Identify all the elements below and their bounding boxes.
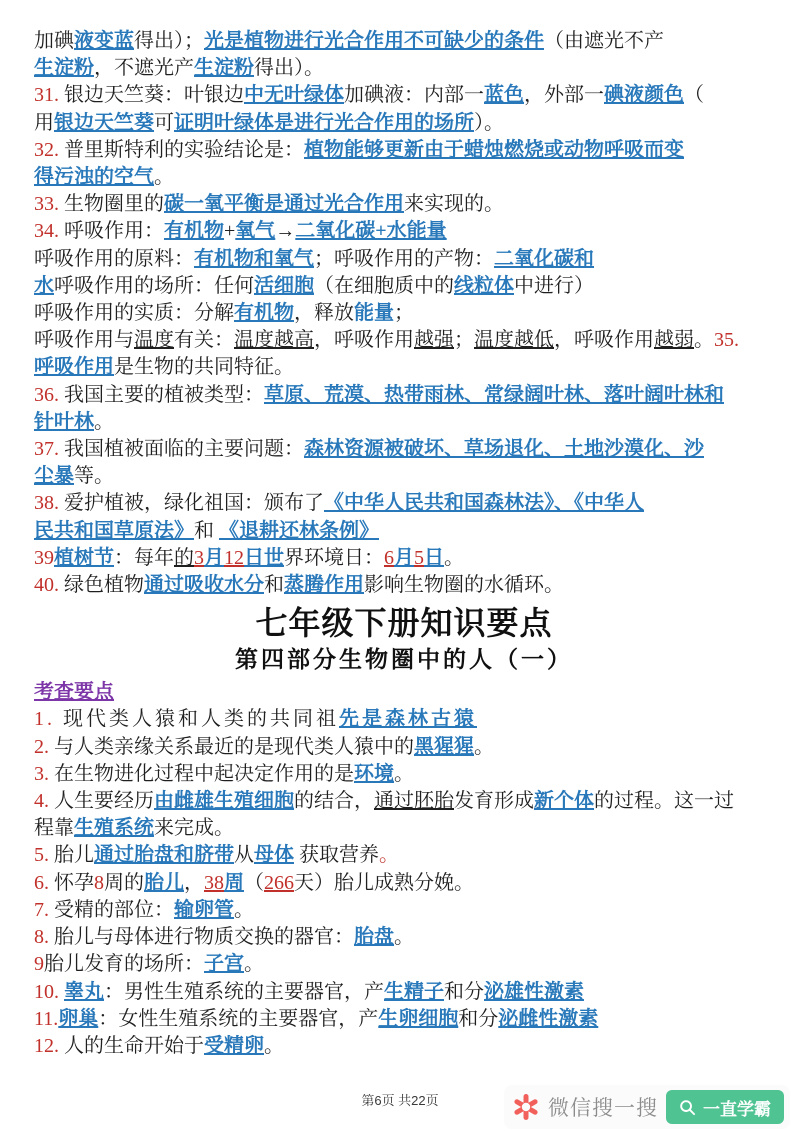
text-segment: ；: [454, 329, 474, 351]
text-segment: 和: [264, 574, 284, 596]
text-segment: 5: [414, 547, 424, 569]
text-segment: 光是植物进行光合作用不可缺少的条件: [204, 30, 544, 52]
text-segment: ：男性生殖系统的主要器官，产: [104, 981, 384, 1003]
text-segment: 33.: [34, 193, 64, 215]
text-segment: 获取营养: [294, 844, 379, 866]
text-segment: 绿色植物: [64, 574, 144, 596]
text-segment: 输卵管: [174, 899, 234, 921]
text-segment: 泌雌性激素: [498, 1008, 598, 1030]
text-segment: 受精的部位：: [54, 899, 174, 921]
document-content: 加碘液变蓝得出）；光是植物进行光合作用不可缺少的条件（由遮光不产生淀粉，不遮光产…: [34, 28, 774, 1060]
text-segment: 液变蓝: [74, 30, 134, 52]
text-segment: 中进行）: [514, 275, 594, 297]
text-segment: 40.: [34, 574, 64, 596]
text-segment: 通过胚胎: [374, 790, 454, 812]
text-segment: 胎儿与母体进行物质交换的器官：: [54, 926, 354, 948]
search-button-label: 一直学霸: [703, 1095, 771, 1120]
text-segment: 用: [34, 112, 54, 134]
text-segment: 蓝色: [484, 84, 524, 106]
text-segment: 尘暴: [34, 465, 74, 487]
text-segment: 和分: [444, 981, 484, 1003]
text-segment: 38: [204, 872, 224, 894]
text-segment: 胎儿: [144, 872, 184, 894]
text-segment: 由雌雄生殖细胞: [154, 790, 294, 812]
text-segment: 在生物进化过程中起决定作用的是: [54, 763, 354, 785]
text-segment: 森林资源被破坏、草场退化、土地沙漠化、沙: [304, 438, 704, 460]
text-segment: 。: [154, 166, 174, 188]
text-segment: 。: [394, 763, 414, 785]
text-segment: 12.: [34, 1035, 64, 1057]
text-segment: 有机物: [234, 302, 294, 324]
text-segment: 胎儿: [54, 844, 94, 866]
text-segment: 人生要经历: [54, 790, 154, 812]
text-segment: 日世: [244, 547, 284, 569]
text-segment: 界环境日：: [284, 547, 384, 569]
search-button[interactable]: 一直学霸: [666, 1090, 784, 1124]
text-segment: 温度越低: [474, 329, 554, 351]
text-line: 4. 人生要经历由雌雄生殖细胞的结合，通过胚胎发育形成新个体的过程。这一过: [34, 788, 774, 815]
watermark: 微信搜一搜 一直学霸: [504, 1085, 790, 1129]
text-line: 5. 胎儿通过胎盘和脐带从母体 获取营养。: [34, 842, 774, 869]
text-line: 民共和国草原法》和 《退耕还林条例》: [34, 518, 774, 545]
text-line: 9胎儿发育的场所：子宫。: [34, 951, 774, 978]
text-line: 11.卵巢：女性生殖系统的主要器官，产生卵细胞和分泌雌性激素: [34, 1006, 774, 1033]
text-segment: 9: [34, 953, 44, 975]
text-segment: 爱护植被，绿化祖国：颁布了: [64, 492, 324, 514]
text-segment: 能量: [354, 302, 394, 324]
text-segment: 呼吸作用：: [64, 220, 164, 242]
text-line: 针叶林。: [34, 409, 774, 436]
text-segment: ，释放: [294, 302, 354, 324]
text-segment: 37.: [34, 438, 64, 460]
text-segment: 月: [204, 547, 224, 569]
text-segment: 。: [94, 411, 114, 433]
text-segment: 先是森林古猿: [339, 708, 477, 730]
text-segment: 现代类人猿和人类的共同祖: [63, 708, 339, 730]
text-segment: 天）胎儿成熟分娩。: [294, 872, 474, 894]
text-segment: 5.: [34, 844, 54, 866]
text-segment: 呼吸作用的实质：分解: [34, 302, 234, 324]
document-page: 加碘液变蓝得出）；光是植物进行光合作用不可缺少的条件（由遮光不产生淀粉，不遮光产…: [0, 0, 800, 1131]
text-segment: 生物圈里的: [64, 193, 164, 215]
text-segment: 7.: [34, 899, 54, 921]
text-segment: 加碘液：内部一: [344, 84, 484, 106]
text-segment: 子宫: [204, 953, 244, 975]
text-segment: 35.: [714, 329, 739, 351]
text-segment: 发育形成: [454, 790, 534, 812]
text-segment: 二氧化碳+水能量: [295, 220, 446, 242]
text-line: 2. 与人类亲缘关系最近的是现代类人猿中的黑猩猩。: [34, 734, 774, 761]
text-segment: 银边天竺葵：叶银边: [64, 84, 244, 106]
text-segment: 我国植被面临的主要问题：: [64, 438, 304, 460]
text-segment: 。: [244, 953, 264, 975]
text-line: 考查要点: [34, 679, 774, 706]
text-line: 得污浊的空气。: [34, 164, 774, 191]
text-segment: 来完成。: [154, 817, 234, 839]
text-line: 10. 睾丸：男性生殖系统的主要器官，产生精子和分泌雄性激素: [34, 979, 774, 1006]
text-segment: 得污浊的空气: [34, 166, 154, 188]
text-segment: 6.: [34, 872, 54, 894]
text-segment: 蒸腾作用: [284, 574, 364, 596]
text-segment: ；呼吸作用的产物：: [314, 248, 494, 270]
text-segment: 新个体: [534, 790, 594, 812]
text-line: 程靠生殖系统来完成。: [34, 815, 774, 842]
text-segment: 植树节: [54, 547, 114, 569]
text-segment: 日: [424, 547, 444, 569]
text-segment: →: [275, 220, 295, 242]
text-segment: 10.: [34, 981, 64, 1003]
text-line: 呼吸作用的原料：有机物和氧气；呼吸作用的产物：二氧化碳和: [34, 246, 774, 273]
text-segment: 1.: [34, 708, 63, 730]
text-line: 6. 怀孕8周的胎儿，38周（266天）胎儿成熟分娩。: [34, 870, 774, 897]
text-segment: ，外部一: [524, 84, 604, 106]
text-segment: 的结合，: [294, 790, 374, 812]
text-line: 加碘液变蓝得出）；光是植物进行光合作用不可缺少的条件（由遮光不产: [34, 28, 774, 55]
text-segment: 呼吸作用的原料：: [34, 248, 194, 270]
brand-logo-icon: [512, 1093, 540, 1121]
text-segment: 《中华人民共和国森林法》、《中华人: [324, 492, 644, 514]
text-segment: 是生物的共同特征。: [114, 356, 294, 378]
text-segment: 越弱: [654, 329, 694, 351]
text-segment: 3.: [34, 763, 54, 785]
text-segment: （由遮光不产: [544, 30, 664, 52]
text-segment: 得出）。: [254, 57, 324, 79]
text-segment: 母体: [254, 844, 294, 866]
text-segment: 民共和国草原法》: [34, 520, 194, 542]
text-line: 38. 爱护植被，绿化祖国：颁布了《中华人民共和国森林法》、《中华人: [34, 490, 774, 517]
text-segment: 影响生物圈的水循环。: [364, 574, 564, 596]
text-segment: 3: [194, 547, 204, 569]
text-segment: （: [244, 872, 264, 894]
text-line: 尘暴等。: [34, 463, 774, 490]
text-line: 生淀粉，不遮光产生淀粉得出）。: [34, 55, 774, 82]
text-segment: 氧气: [235, 220, 275, 242]
text-segment: 6: [384, 547, 394, 569]
text-line: 36. 我国主要的植被类型：草原、荒漠、热带雨林、常绿阔叶林、落叶阔叶林和: [34, 382, 774, 409]
text-segment: 。: [234, 899, 254, 921]
text-segment: ，: [184, 872, 204, 894]
text-segment: 的: [174, 547, 194, 569]
text-segment: 12: [224, 547, 244, 569]
text-segment: 266: [264, 872, 294, 894]
text-segment: 11.: [34, 1008, 58, 1030]
text-line: 水呼吸作用的场所：任何活细胞（在细胞质中的线粒体中进行）: [34, 273, 774, 300]
text-segment: 有机物: [164, 220, 224, 242]
text-segment: 胎儿发育的场所：: [44, 953, 204, 975]
text-segment: 植物能够更新由于蜡烛燃烧或动物呼吸而变: [304, 139, 684, 161]
text-segment: +: [224, 220, 235, 242]
text-segment: 活细胞: [254, 275, 314, 297]
text-segment: 有机物和氧气: [194, 248, 314, 270]
text-segment: 31.: [34, 84, 64, 106]
text-line: 39植树节：每年的3月12日世界环境日：6月5日。: [34, 545, 774, 572]
text-line: 8. 胎儿与母体进行物质交换的器官：胎盘。: [34, 924, 774, 951]
text-segment: 和: [194, 520, 219, 542]
text-segment: ，呼吸作用: [314, 329, 414, 351]
text-segment: 《退耕还林条例》: [219, 520, 379, 542]
text-segment: 泌雄性激素: [484, 981, 584, 1003]
text-line: 用银边天竺葵可证明叶绿体是进行光合作用的场所）。: [34, 110, 774, 137]
text-segment: 人的生命开始于: [64, 1035, 204, 1057]
text-segment: 通过胎盘和脐带: [94, 844, 234, 866]
text-segment: 呼吸作用与: [34, 329, 134, 351]
text-segment: 。: [474, 736, 494, 758]
text-segment: 。: [379, 844, 399, 866]
text-segment: 2.: [34, 736, 54, 758]
text-segment: 和分: [458, 1008, 498, 1030]
text-line: 呼吸作用与温度有关：温度越高，呼吸作用越强；温度越低，呼吸作用越弱。35.: [34, 327, 774, 354]
text-segment: 36.: [34, 384, 64, 406]
text-segment: ；: [394, 302, 414, 324]
text-segment: （: [684, 84, 704, 106]
text-segment: ）。: [474, 112, 504, 134]
text-segment: 我国主要的植被类型：: [64, 384, 264, 406]
text-segment: 生精子: [384, 981, 444, 1003]
text-segment: 温度: [134, 329, 174, 351]
text-segment: 线粒体: [454, 275, 514, 297]
text-segment: 草原、荒漠、热带雨林、常绿阔叶林、落叶阔叶林和: [264, 384, 724, 406]
text-segment: 得出）；: [134, 30, 204, 52]
text-segment: 周: [224, 872, 244, 894]
text-line: 31. 银边天竺葵：叶银边中无叶绿体加碘液：内部一蓝色，外部一碘液颜色（: [34, 82, 774, 109]
text-segment: 加碘: [34, 30, 74, 52]
text-segment: 39: [34, 547, 54, 569]
text-segment: 8.: [34, 926, 54, 948]
text-line: 37. 我国植被面临的主要问题：森林资源被破坏、草场退化、土地沙漠化、沙: [34, 436, 774, 463]
text-segment: 睾丸: [64, 981, 104, 1003]
text-segment: 中无叶绿体: [244, 84, 344, 106]
text-segment: 针叶林: [34, 411, 94, 433]
text-segment: 的过程。这一过: [594, 790, 734, 812]
text-segment: 怀孕: [54, 872, 94, 894]
text-line: 3. 在生物进化过程中起决定作用的是环境。: [34, 761, 774, 788]
text-segment: 38.: [34, 492, 64, 514]
section-subtitle: 第四部分生物圈中的人（一）: [34, 645, 774, 675]
text-segment: （在细胞质中的: [314, 275, 454, 297]
text-segment: 。: [264, 1035, 284, 1057]
text-segment: 卵巢: [58, 1008, 98, 1030]
text-segment: ，呼吸作用: [554, 329, 654, 351]
search-icon: [679, 1099, 696, 1116]
text-segment: 。: [394, 926, 414, 948]
text-line: 40. 绿色植物通过吸收水分和蒸腾作用影响生物圈的水循环。: [34, 572, 774, 599]
text-segment: 有关：: [174, 329, 234, 351]
text-segment: 。: [694, 329, 714, 351]
text-segment: 受精卵: [204, 1035, 264, 1057]
text-line: 32. 普里斯特利的实验结论是：植物能够更新由于蜡烛燃烧或动物呼吸而变: [34, 137, 774, 164]
text-segment: 银边天竺葵: [54, 112, 154, 134]
text-segment: 证明叶绿体是进行光合作用的场所: [174, 112, 474, 134]
text-segment: 等。: [74, 465, 114, 487]
text-segment: 呼吸作用的场所：任何: [54, 275, 254, 297]
text-segment: 月: [394, 547, 414, 569]
text-segment: 环境: [354, 763, 394, 785]
text-line: 呼吸作用的实质：分解有机物，释放能量；: [34, 300, 774, 327]
text-segment: 4.: [34, 790, 54, 812]
text-line: 7. 受精的部位：输卵管。: [34, 897, 774, 924]
text-segment: 碘液颜色: [604, 84, 684, 106]
section-title: 七年级下册知识要点: [34, 603, 774, 643]
text-segment: 周的: [104, 872, 144, 894]
text-segment: 可: [154, 112, 174, 134]
text-segment: 二氧化碳和: [494, 248, 594, 270]
text-segment: 生卵细胞: [378, 1008, 458, 1030]
text-segment: 。: [444, 547, 464, 569]
text-segment: 8: [94, 872, 104, 894]
text-line: 12. 人的生命开始于受精卵。: [34, 1033, 774, 1060]
brand-text: 微信搜一搜: [548, 1092, 658, 1122]
text-segment: 普里斯特利的实验结论是：: [64, 139, 304, 161]
text-segment: 越强: [414, 329, 454, 351]
text-segment: 考查要点: [34, 681, 114, 703]
text-segment: 水: [34, 275, 54, 297]
text-segment: 来实现的。: [404, 193, 504, 215]
text-line: 34. 呼吸作用：有机物+氧气→二氧化碳+水能量: [34, 218, 774, 245]
text-segment: 胎盘: [354, 926, 394, 948]
text-segment: 从: [234, 844, 254, 866]
text-segment: ，不遮光产: [94, 57, 194, 79]
text-segment: 34.: [34, 220, 64, 242]
text-segment: ：每年: [114, 547, 174, 569]
text-segment: 碳一氧平衡是通过光合作用: [164, 193, 404, 215]
text-segment: 与人类亲缘关系最近的是现代类人猿中的: [54, 736, 414, 758]
text-segment: ：女性生殖系统的主要器官，产: [98, 1008, 378, 1030]
text-line: 33. 生物圈里的碳一氧平衡是通过光合作用来实现的。: [34, 191, 774, 218]
text-line: 1. 现代类人猿和人类的共同祖先是森林古猿: [34, 706, 774, 733]
text-line: 呼吸作用是生物的共同特征。: [34, 354, 774, 381]
text-segment: 黑猩猩: [414, 736, 474, 758]
text-segment: 生殖系统: [74, 817, 154, 839]
text-segment: 温度越高: [234, 329, 314, 351]
text-segment: 生淀粉: [194, 57, 254, 79]
text-segment: 32.: [34, 139, 64, 161]
text-segment: 呼吸作用: [34, 356, 114, 378]
text-segment: 通过吸收水分: [144, 574, 264, 596]
text-segment: 生淀粉: [34, 57, 94, 79]
text-segment: 程靠: [34, 817, 74, 839]
